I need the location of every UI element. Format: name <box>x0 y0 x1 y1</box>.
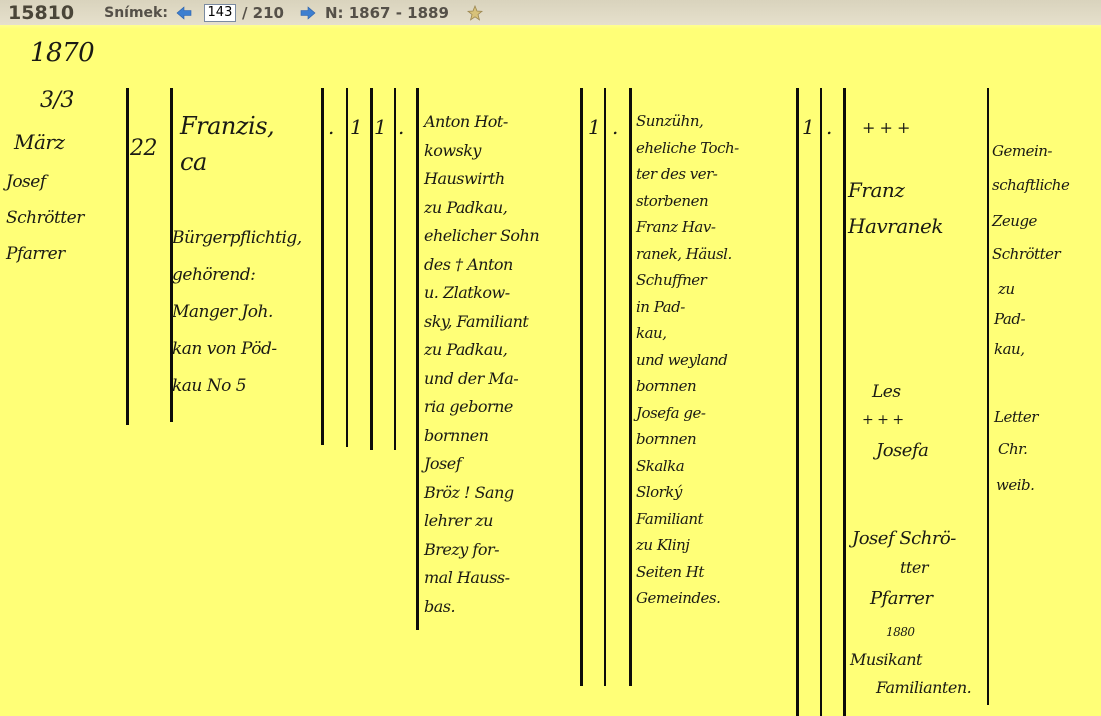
father-line: bas. <box>424 597 455 616</box>
priest-note-line: Schrötter <box>6 208 84 228</box>
remark-line: Pad- <box>994 310 1025 328</box>
mark: . <box>398 115 404 139</box>
entry-date: 3/3 <box>40 88 74 113</box>
frame-label: Snímek: <box>104 5 168 21</box>
mother-line: storbenen <box>636 192 708 210</box>
mother-line: eheliche Toch- <box>636 139 739 157</box>
total-frames: / 210 <box>242 4 284 22</box>
father-line: Bröz ! Sang <box>424 483 514 502</box>
mother-line: Seiten Ht <box>636 563 704 581</box>
frame-number-input[interactable] <box>204 4 236 22</box>
godparent-line: Les <box>872 382 901 402</box>
column-rule <box>394 88 396 450</box>
remark-line: weib. <box>996 476 1034 494</box>
remark-line: Zeuge <box>992 212 1037 230</box>
godparent-line: Familianten. <box>876 678 971 697</box>
arrow-left-icon[interactable] <box>176 6 192 20</box>
column-rule <box>987 88 989 705</box>
arrow-right-icon[interactable] <box>300 6 316 20</box>
mother-line: Skalka <box>636 457 684 475</box>
remark-line: Chr. <box>998 440 1027 458</box>
column-rule <box>820 88 822 716</box>
father-line: des † Anton <box>424 255 513 274</box>
column-rule <box>843 88 846 716</box>
mother-line: ranek, Häusl. <box>636 245 732 263</box>
mother-line: Familiant <box>636 510 703 528</box>
residence-line: Bürgerpflichtig, <box>172 228 302 248</box>
godparent-line: Havranek <box>848 214 943 238</box>
father-line: Brezy for- <box>424 540 499 559</box>
mother-line: Schuffner <box>636 271 706 289</box>
mark: 1 <box>350 115 362 139</box>
remark-line: zu <box>998 280 1015 298</box>
mother-line: in Pad- <box>636 298 685 316</box>
child-name-line: ca <box>180 148 207 176</box>
remark-line: schaftliche <box>992 176 1069 194</box>
column-rule <box>370 88 373 450</box>
father-line: kowsky <box>424 141 481 160</box>
star-icon[interactable] <box>467 5 483 21</box>
mark: . <box>612 115 618 139</box>
godparent-line: 1880 <box>886 625 915 639</box>
residence-line: gehörend: <box>172 265 255 285</box>
column-rule <box>416 88 419 630</box>
column-rule <box>580 88 583 686</box>
remark-line: Gemein- <box>992 142 1052 160</box>
father-line: Josef <box>424 454 461 473</box>
mother-line: bornnen <box>636 377 696 395</box>
residence-line: kan von Pöd- <box>172 339 277 359</box>
remark-line: Schrötter <box>992 245 1060 263</box>
record-id: 15810 <box>8 2 74 24</box>
residence-line: Manger Joh. <box>172 302 273 322</box>
viewer-toolbar: 15810 Snímek: / 210 N: 1867 - 1889 <box>0 0 1101 25</box>
column-rule <box>346 88 348 447</box>
father-line: bornnen <box>424 426 488 445</box>
column-rule <box>604 88 606 686</box>
mother-line: Slorký <box>636 483 682 501</box>
entry-month: März <box>14 130 65 154</box>
mark: 1 <box>588 115 600 139</box>
mark: . <box>328 115 334 139</box>
mark: 1 <box>374 115 386 139</box>
mother-line: Sunzühn, <box>636 112 703 130</box>
column-rule <box>126 88 129 425</box>
godparent-line: Josefa <box>876 440 928 461</box>
father-line: zu Padkau, <box>424 340 507 359</box>
remark-line: Letter <box>994 408 1038 426</box>
mother-line: Franz Hav- <box>636 218 715 236</box>
year-range: N: 1867 - 1889 <box>325 4 449 22</box>
child-name-line: Franzis, <box>180 112 274 140</box>
godparent-line: + + + <box>862 118 910 137</box>
mark: . <box>826 115 832 139</box>
father-line: lehrer zu <box>424 511 493 530</box>
father-line: Hauswirth <box>424 169 505 188</box>
father-line: sky, Familiant <box>424 312 528 331</box>
father-line: und der Ma- <box>424 369 518 388</box>
mother-line: Gemeindes. <box>636 589 720 607</box>
father-line: zu Padkau, <box>424 198 507 217</box>
father-line: Anton Hot- <box>424 112 508 131</box>
father-line: ria geborne <box>424 397 513 416</box>
residence-line: kau No 5 <box>172 376 246 396</box>
mark: 1 <box>802 115 814 139</box>
priest-note-line: Josef <box>6 172 46 192</box>
year-heading: 1870 <box>30 38 94 68</box>
godparent-line: Musikant <box>850 650 922 669</box>
mother-line: und weyland <box>636 351 727 369</box>
mother-line: Josefa ge- <box>636 404 705 422</box>
column-rule <box>796 88 799 716</box>
mother-line: bornnen <box>636 430 696 448</box>
mother-line: kau, <box>636 324 666 342</box>
godparent-line: + + + <box>862 412 904 428</box>
godparent-line: Josef Schrö- <box>852 528 956 549</box>
father-line: u. Zlatkow- <box>424 283 510 302</box>
register-scan[interactable]: 18703/3MärzJosefSchrötterPfarrer22Franzi… <box>0 29 1101 716</box>
column-rule <box>629 88 632 686</box>
mother-line: ter des ver- <box>636 165 717 183</box>
father-line: mal Hauss- <box>424 568 510 587</box>
house-number: 22 <box>130 136 157 161</box>
godparent-line: Pfarrer <box>870 588 932 609</box>
mother-line: zu Klinj <box>636 536 689 554</box>
father-line: ehelicher Sohn <box>424 226 539 245</box>
column-rule <box>321 88 324 445</box>
godparent-line: tter <box>900 558 928 577</box>
godparent-line: Franz <box>848 178 904 202</box>
remark-line: kau, <box>994 340 1024 358</box>
column-rule <box>170 88 173 422</box>
priest-note-line: Pfarrer <box>6 244 65 264</box>
